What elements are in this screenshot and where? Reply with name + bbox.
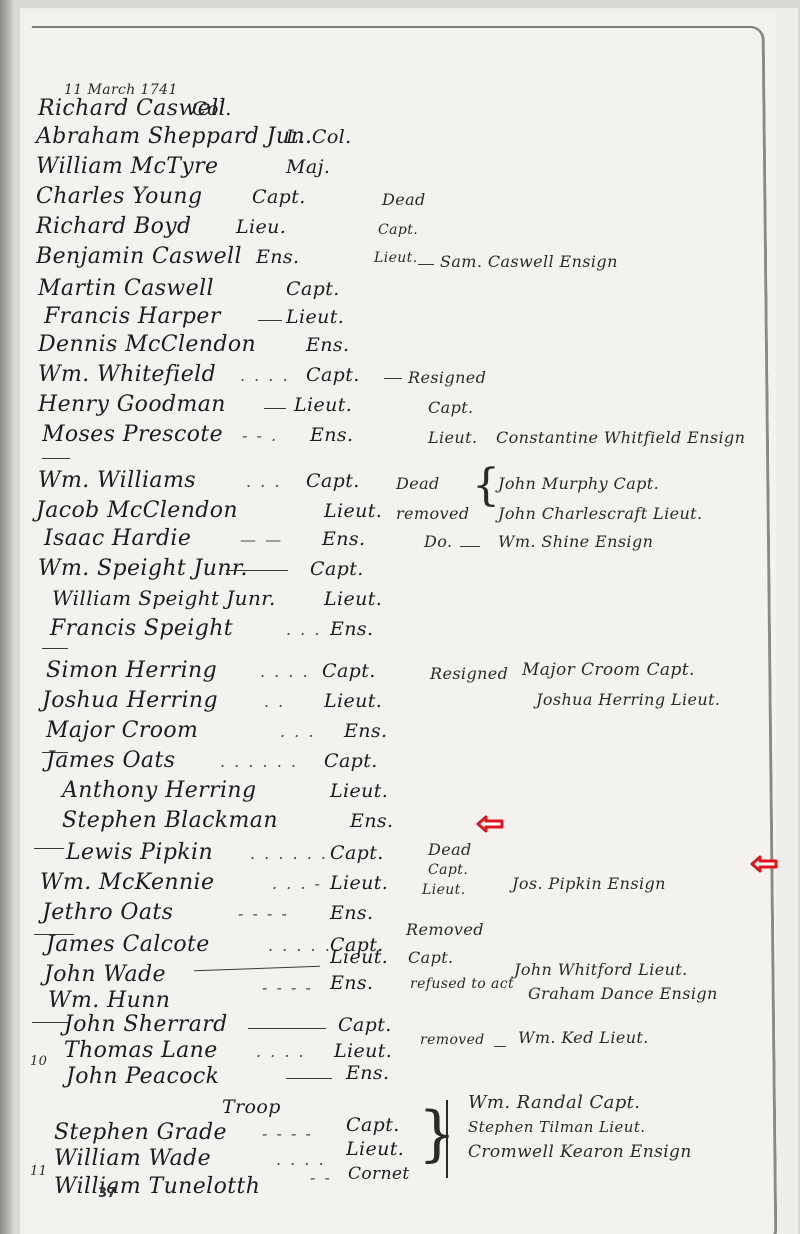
entry-note: Resigned bbox=[408, 368, 486, 387]
entry-note: Capt. bbox=[378, 222, 418, 238]
entry-rank: Col. bbox=[192, 98, 232, 120]
dash bbox=[418, 264, 434, 265]
entry-rank: Ens. bbox=[330, 902, 374, 924]
strikethrough bbox=[226, 570, 288, 571]
entry-rank: Ens. bbox=[310, 424, 354, 446]
entry-rank: Lieut. bbox=[330, 780, 388, 802]
entry-name: Benjamin Caswell bbox=[36, 244, 242, 269]
group-separator bbox=[34, 848, 64, 849]
troop-replacement: Stephen Tilman Lieut. bbox=[468, 1118, 645, 1136]
dot-leader: - - . bbox=[242, 426, 278, 445]
dot-leader: - - - - bbox=[262, 978, 313, 997]
dot-leader: . . . . . bbox=[268, 936, 332, 955]
entry-name: Wm. Williams bbox=[38, 468, 196, 493]
entry-name: John Sherrard bbox=[64, 1012, 228, 1037]
dot-leader: . . . . . . bbox=[250, 844, 328, 863]
dot-leader: . . . . bbox=[276, 1150, 326, 1169]
dash bbox=[264, 408, 286, 409]
replacement-entry: Wm. Shine Ensign bbox=[498, 532, 653, 551]
entry-note: Capt. bbox=[408, 948, 454, 967]
dot-leader: - - - - bbox=[262, 1124, 313, 1143]
replacement-entry: Jos. Pipkin Ensign bbox=[512, 874, 666, 893]
entry-note: Lieut. bbox=[374, 250, 418, 266]
entry-note: refused to act bbox=[410, 976, 514, 992]
replacement-entry: John Whitford Lieut. bbox=[514, 960, 688, 979]
entry-note: Dead bbox=[382, 190, 426, 209]
entry-rank: Ens. bbox=[256, 246, 300, 268]
troop-entry-name: William Tunelotth bbox=[54, 1174, 260, 1199]
entry-rank: Capt. bbox=[306, 364, 360, 386]
entry-rank: Lieut. bbox=[286, 306, 344, 328]
entry-note: Capt. bbox=[428, 398, 474, 417]
replacement-entry: Graham Dance Ensign bbox=[528, 984, 718, 1003]
entry-note: Dead bbox=[428, 840, 472, 859]
entry-name: Wm. McKennie bbox=[40, 870, 214, 895]
entry-rank: Ens. bbox=[346, 1062, 390, 1084]
dash bbox=[258, 320, 282, 321]
entry-name: Thomas Lane bbox=[64, 1038, 218, 1063]
entry-rank: Lieut. bbox=[324, 690, 382, 712]
dot-leader: . . . bbox=[286, 620, 321, 639]
dash bbox=[494, 1046, 506, 1047]
troop-replacement: Cromwell Kearon Ensign bbox=[468, 1142, 692, 1162]
dot-leader: . . . bbox=[246, 472, 281, 491]
entry-note: Dead bbox=[396, 474, 440, 493]
entry-note: Lieut. bbox=[422, 882, 466, 898]
entry-rank: Capt. bbox=[306, 470, 360, 492]
dash bbox=[286, 1078, 332, 1079]
margin-number: 10 bbox=[30, 1054, 47, 1069]
entry-name: Wm. Whitefield bbox=[38, 362, 216, 387]
replacement-entry: Joshua Herring Lieut. bbox=[536, 690, 720, 709]
entry-rank: Capt. bbox=[252, 186, 306, 208]
dot-leader: - - bbox=[310, 1168, 332, 1187]
troop-entry-name: Stephen Grade bbox=[54, 1120, 227, 1145]
troop-replacement: Wm. Randal Capt. bbox=[468, 1092, 640, 1113]
entry-name: William Speight Junr. bbox=[52, 586, 276, 610]
page-number: 37 bbox=[98, 1186, 116, 1201]
entry-name: Francis Speight bbox=[50, 616, 233, 641]
dot-leader: - - - - bbox=[238, 904, 289, 923]
red-arrow-marker-icon bbox=[476, 815, 504, 833]
dot-leader: . . . bbox=[280, 722, 315, 741]
entry-name: Moses Prescote bbox=[42, 422, 223, 447]
entry-name: Wm. Hunn bbox=[48, 988, 170, 1013]
dot-leader: . . . . . . bbox=[220, 752, 298, 771]
vertical-bar bbox=[446, 1100, 448, 1178]
entry-rank: Capt. bbox=[330, 842, 384, 864]
entry-name: Major Croom bbox=[46, 718, 198, 743]
entry-name: Jethro Oats bbox=[42, 900, 173, 925]
replacement-entry: Constantine Whitfield Ensign bbox=[496, 428, 745, 447]
brace: { bbox=[472, 464, 500, 508]
entry-name: John Wade bbox=[44, 962, 166, 987]
dot-leader: . . . . bbox=[260, 662, 310, 681]
entry-rank: Capt. bbox=[286, 278, 340, 300]
entry-rank: Lieut. bbox=[324, 500, 382, 522]
entry-name: Lewis Pipkin bbox=[66, 840, 213, 865]
entry-name: Abraham Sheppard Jun. bbox=[36, 124, 312, 149]
closing-brace: } bbox=[418, 1104, 456, 1164]
entry-name: Anthony Herring bbox=[62, 778, 256, 803]
entry-name: Simon Herring bbox=[46, 658, 217, 683]
dot-leader: — — bbox=[240, 530, 283, 549]
entry-name: Jacob McClendon bbox=[36, 498, 238, 523]
troop-entry-rank: Cornet bbox=[348, 1164, 410, 1184]
document-page: 11 March 1741 Richard Caswell Col. Abrah… bbox=[24, 14, 776, 1234]
entry-name: Francis Harper bbox=[44, 304, 221, 329]
entry-name: Joshua Herring bbox=[42, 688, 218, 713]
entry-rank: Ens. bbox=[322, 528, 366, 550]
entry-note: removed bbox=[396, 504, 469, 523]
dot-leader: . . . . bbox=[240, 366, 290, 385]
group-separator bbox=[32, 1022, 68, 1023]
entry-rank: Ens. bbox=[344, 720, 388, 742]
entry-rank: Lieut. bbox=[334, 1040, 392, 1062]
scan-edge-shadow bbox=[0, 0, 14, 1234]
entry-rank: Lieu. bbox=[236, 216, 286, 238]
entry-name: Richard Boyd bbox=[36, 214, 192, 239]
entry-note: Do. bbox=[424, 532, 452, 551]
replacement-entry: Major Croom Capt. bbox=[522, 660, 695, 680]
troop-entry-rank: Lieut. bbox=[346, 1138, 404, 1160]
dash bbox=[460, 546, 480, 547]
entry-rank: Capt. bbox=[324, 750, 378, 772]
entry-name: William McTyre bbox=[36, 154, 218, 179]
entry-rank: Ens. bbox=[306, 334, 350, 356]
group-separator bbox=[42, 648, 68, 649]
entry-name: Charles Young bbox=[36, 184, 202, 209]
entry-note: Capt. bbox=[428, 862, 468, 878]
entry-name: John Peacock bbox=[66, 1064, 219, 1089]
replacement-entry: John Charlescraft Lieut. bbox=[498, 504, 703, 523]
entry-name: Henry Goodman bbox=[38, 392, 226, 417]
entry-name: Stephen Blackman bbox=[62, 808, 278, 833]
entry-name: Dennis McClendon bbox=[38, 332, 256, 357]
replacement-entry: John Murphy Capt. bbox=[498, 474, 659, 493]
entry-rank: Lieut. bbox=[330, 946, 388, 968]
dot-leader: . . . . bbox=[256, 1042, 306, 1061]
entry-rank: Lieut. bbox=[294, 394, 352, 416]
entry-note: removed bbox=[420, 1032, 485, 1048]
replacement-entry: Sam. Caswell Ensign bbox=[440, 252, 618, 271]
entry-note: Resigned bbox=[430, 664, 508, 683]
entry-note: Removed bbox=[406, 920, 484, 939]
dot-leader: . . . - bbox=[272, 874, 322, 893]
entry-rank: Capt. bbox=[310, 558, 364, 580]
entry-rank: Ens. bbox=[350, 810, 394, 832]
entry-rank: Lieut. bbox=[330, 872, 388, 894]
entry-note: Lieut. bbox=[428, 428, 477, 447]
section-heading-troop: Troop bbox=[222, 1096, 281, 1118]
margin-number: 11 bbox=[30, 1164, 47, 1179]
entry-rank: Lieut. bbox=[324, 588, 382, 610]
dash bbox=[384, 378, 402, 379]
entry-name: Isaac Hardie bbox=[44, 526, 191, 551]
entry-rank: Ens. bbox=[330, 972, 374, 994]
entry-name: James Calcote bbox=[46, 932, 210, 957]
entry-rank: Maj. bbox=[286, 156, 330, 178]
red-arrow-marker-icon bbox=[750, 855, 778, 873]
entry-rank: Capt. bbox=[338, 1014, 392, 1036]
entry-name: Wm. Speight Junr. bbox=[38, 556, 248, 581]
troop-entry-rank: Capt. bbox=[346, 1114, 400, 1136]
entry-name: Martin Caswell bbox=[38, 276, 214, 301]
entry-rank: L. Col. bbox=[286, 126, 352, 148]
troop-entry-name: William Wade bbox=[54, 1146, 211, 1171]
entry-rank: Capt. bbox=[322, 660, 376, 682]
group-separator bbox=[42, 458, 70, 459]
replacement-entry: Wm. Ked Lieut. bbox=[518, 1028, 649, 1047]
entry-name: James Oats bbox=[46, 748, 175, 773]
dash bbox=[248, 1028, 326, 1029]
entry-rank: Ens. bbox=[330, 618, 374, 640]
dot-leader: . . bbox=[264, 692, 285, 711]
